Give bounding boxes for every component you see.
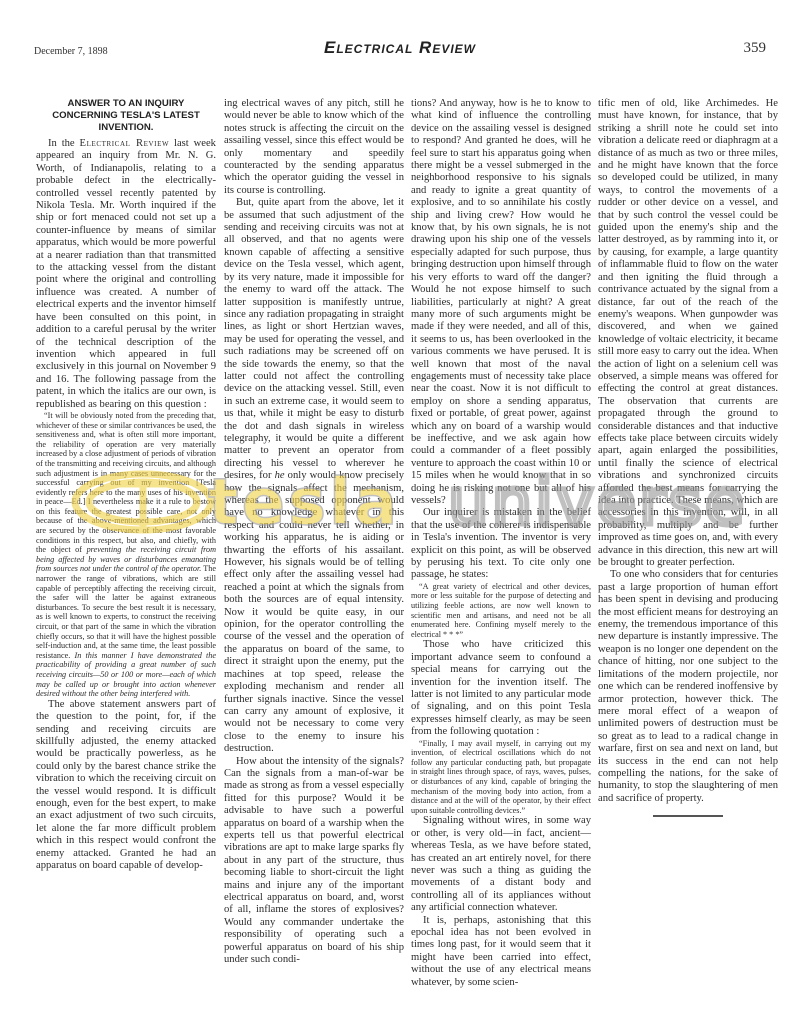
page-header: December 7, 1898 Electrical Review 359 bbox=[34, 38, 766, 62]
paragraph: In the Electrical Review last week appea… bbox=[36, 138, 216, 411]
page-number: 359 bbox=[744, 40, 767, 57]
paragraph: It is, perhaps, astonishing that this ep… bbox=[411, 915, 591, 989]
text: only would know precisely how the signal… bbox=[224, 470, 404, 754]
text: In the bbox=[48, 138, 80, 149]
patent-quote: “A great variety of electrical and other… bbox=[411, 582, 591, 640]
column-3: tions? And anyway, how is he to know to … bbox=[411, 98, 591, 989]
paragraph: But, quite apart from the above, let it … bbox=[224, 197, 404, 755]
text: last week appeared an inquiry from Mr. N… bbox=[36, 138, 216, 410]
paragraph: How about the intensity of the signals? … bbox=[224, 756, 404, 967]
paragraph: Those who have criticized this important… bbox=[411, 639, 591, 738]
text: “It will be obviously noted from the pre… bbox=[36, 411, 216, 554]
text: The narrower the range of vibrations, wh… bbox=[36, 564, 216, 659]
journal-name-inline: Electrical Review bbox=[80, 138, 170, 149]
journal-title: Electrical Review bbox=[34, 38, 766, 58]
end-rule bbox=[653, 815, 723, 817]
newspaper-page: December 7, 1898 Electrical Review 359 A… bbox=[0, 0, 800, 1035]
article-columns: ANSWER TO AN INQUIRY CONCERNING TESLA'S … bbox=[36, 98, 796, 1028]
paragraph: tions? And anyway, how is he to know to … bbox=[411, 98, 591, 507]
patent-quote: “It will be obviously noted from the pre… bbox=[36, 411, 216, 699]
paragraph: Signaling without wires, in some way or … bbox=[411, 815, 591, 914]
patent-quote: “Finally, I may avail myself, in carryin… bbox=[411, 739, 591, 816]
column-1: ANSWER TO AN INQUIRY CONCERNING TESLA'S … bbox=[36, 98, 216, 872]
article-headline: ANSWER TO AN INQUIRY CONCERNING TESLA'S … bbox=[36, 98, 216, 134]
paragraph: To one who considers that for centuries … bbox=[598, 569, 778, 805]
paragraph: ing electrical waves of any pitch, still… bbox=[224, 98, 404, 197]
text: But, quite apart from the above, let it … bbox=[224, 197, 404, 481]
column-2: ing electrical waves of any pitch, still… bbox=[224, 98, 404, 966]
column-4: tific men of old, like Archimedes. He mu… bbox=[598, 98, 778, 817]
paragraph: Our inquirer is mistaken in the belief t… bbox=[411, 507, 591, 581]
paragraph: tific men of old, like Archimedes. He mu… bbox=[598, 98, 778, 569]
italic-text: he bbox=[275, 470, 285, 481]
paragraph: The above statement answers part of the … bbox=[36, 699, 216, 873]
